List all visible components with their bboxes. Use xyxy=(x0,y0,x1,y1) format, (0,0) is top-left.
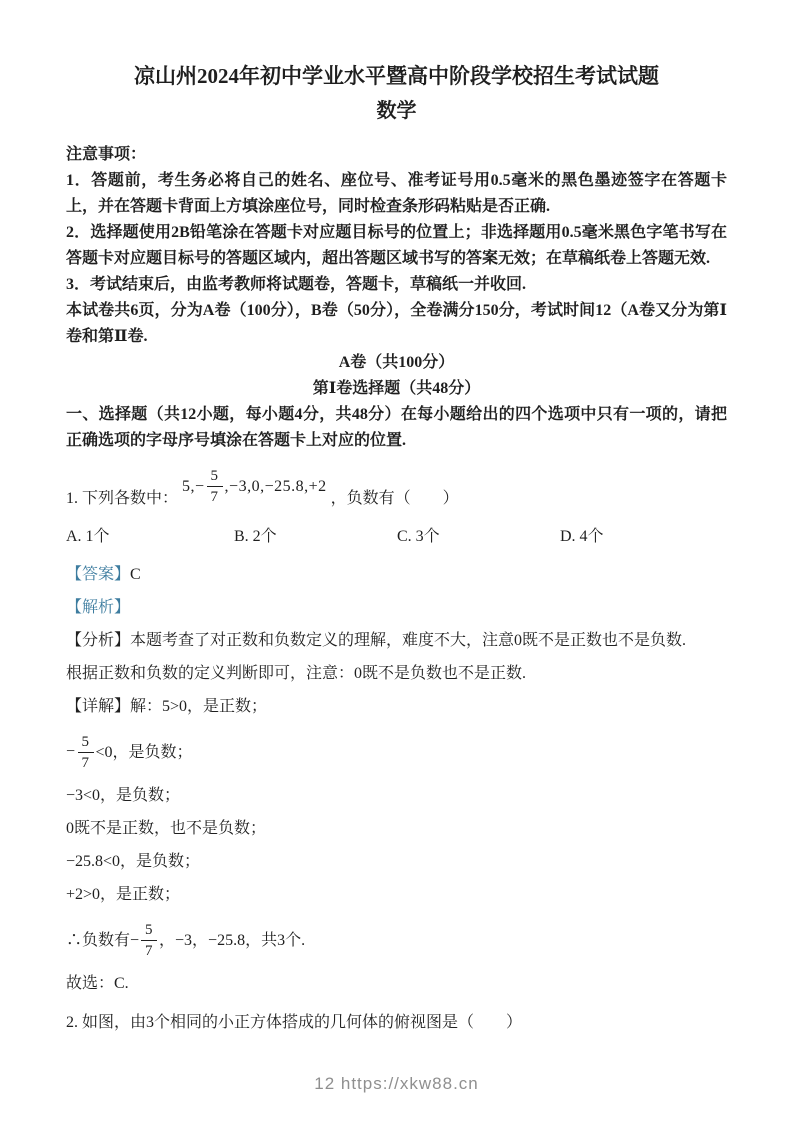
choice-instructions: 一、选择题（共12小题，每小题4分，共48分）在每小题给出的四个选项中只有一项的… xyxy=(66,402,727,454)
fraction-5-7: 5 7 xyxy=(141,921,157,960)
conclusion-line: ∴负数有− 5 7 ，−3，−25.8，共3个. xyxy=(66,917,727,963)
fraction-expression: − 5 7 xyxy=(66,733,96,772)
step-line: +2>0，是正数； xyxy=(66,884,727,905)
page-title: 凉山州2024年初中学业水平暨高中阶段学校招生考试试题 xyxy=(66,60,727,92)
notice-item-1: 1．答题前，考生务必将自己的姓名、座位号、准考证号用0.5毫米的黑色墨迹签字在答… xyxy=(66,168,727,220)
xiangjie-line: 【详解】解：5>0，是正数； xyxy=(66,696,727,717)
option-a: A. 1个 xyxy=(66,524,234,550)
question-1-expression: 5,− 5 7 ,−3,0,−25.8,+2 xyxy=(182,467,327,506)
fraction-numerator: 5 xyxy=(78,733,94,753)
math-before-fraction: 5,− xyxy=(182,478,205,496)
fraction-5-7: 5 7 xyxy=(207,467,223,506)
subject-title: 数学 xyxy=(66,96,727,126)
question-1-suffix: ，负数有（ ） xyxy=(331,486,459,512)
notices-section: 注意事项： 1．答题前，考生务必将自己的姓名、座位号、准考证号用0.5毫米的黑色… xyxy=(66,142,727,454)
conclusion-fraction: 5 7 xyxy=(139,921,159,960)
fraction-denominator: 7 xyxy=(82,753,90,772)
fraction-line-tail: <0，是负数； xyxy=(96,742,193,763)
step-line: −3<0，是负数； xyxy=(66,785,727,806)
step-line: −25.8<0，是负数； xyxy=(66,851,727,872)
fenxi-label: 【分析】 xyxy=(66,632,130,649)
option-c: C. 3个 xyxy=(397,524,560,550)
conclusion-prefix: ∴负数有− xyxy=(66,930,139,951)
step-fraction-line: − 5 7 <0，是负数； xyxy=(66,729,727,775)
answer-value: C xyxy=(130,566,141,583)
xiangjie-intro: 解：5>0，是正数； xyxy=(130,698,267,715)
fenxi-line: 【分析】本题考查了对正数和负数定义的理解，难度不大，注意0既不是正数也不是负数. xyxy=(66,630,727,651)
answer-label: 【答案】 xyxy=(66,566,130,583)
notice-item-2: 2．选择题使用2B铅笔涂在答题卡对应题目标号的位置上；非选择题用0.5毫米黑色字… xyxy=(66,220,727,272)
fraction-numerator: 5 xyxy=(207,467,223,487)
exam-document-page: 凉山州2024年初中学业水平暨高中阶段学校招生考试试题 数学 注意事项： 1．答… xyxy=(0,0,793,1122)
notices-heading: 注意事项： xyxy=(66,142,727,168)
fenxi-text-2: 根据正数和负数的定义判断即可，注意：0既不是负数也不是正数. xyxy=(66,663,727,684)
choose-line: 故选：C. xyxy=(66,973,727,994)
fraction-denominator: 7 xyxy=(211,487,219,506)
solution-section: 【答案】C 【解析】 【分析】本题考查了对正数和负数定义的理解，难度不大，注意0… xyxy=(66,564,727,1033)
section-a-heading: A卷（共100分） xyxy=(66,350,727,376)
section-part1-heading: 第Ⅰ卷选择题（共48分） xyxy=(66,376,727,402)
question-1-options: A. 1个 B. 2个 C. 3个 D. 4个 xyxy=(66,524,727,550)
option-d: D. 4个 xyxy=(560,524,727,550)
question-1-prefix: 1. 下列各数中： xyxy=(66,486,178,512)
jiexi-label: 【解析】 xyxy=(66,599,130,616)
xiangjie-label: 【详解】 xyxy=(66,698,130,715)
fraction-numerator: 5 xyxy=(141,921,157,941)
math-after-fraction: ,−3,0,−25.8,+2 xyxy=(225,478,327,496)
page-footer: 12 https://xkw88.cn xyxy=(0,1074,793,1094)
conclusion-suffix: ，−3，−25.8，共3个. xyxy=(159,930,305,951)
question-1-stem: 1. 下列各数中： 5,− 5 7 ,−3,0,−25.8,+2 ，负数有（ ） xyxy=(66,456,727,512)
answer-line: 【答案】C xyxy=(66,564,727,585)
fenxi-text: 本题考查了对正数和负数定义的理解，难度不大，注意0既不是正数也不是负数. xyxy=(130,632,686,649)
jiexi-line: 【解析】 xyxy=(66,597,727,618)
fraction-5-7: 5 7 xyxy=(78,733,94,772)
exam-info: 本试卷共6页，分为A卷（100分），B卷（50分），全卷满分150分，考试时间1… xyxy=(66,298,727,350)
option-b: B. 2个 xyxy=(234,524,397,550)
notice-item-3: 3．考试结束后，由监考教师将试题卷，答题卡，草稿纸一并收回. xyxy=(66,272,727,298)
question-2-stem: 2. 如图，由3个相同的小正方体搭成的几何体的俯视图是（ ） xyxy=(66,1012,727,1033)
fraction-minus-sign: − xyxy=(66,743,76,761)
fraction-denominator: 7 xyxy=(145,941,153,960)
step-line: 0既不是正数，也不是负数； xyxy=(66,818,727,839)
